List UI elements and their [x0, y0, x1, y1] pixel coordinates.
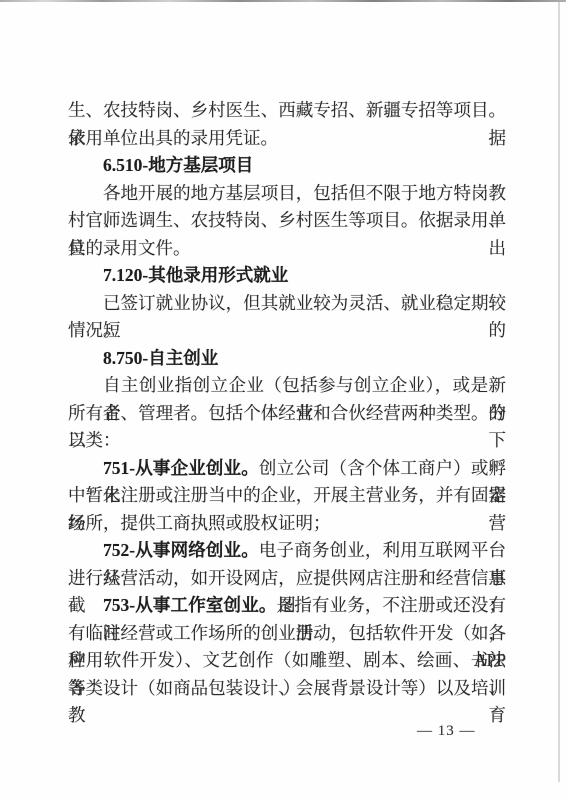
text-line: 有临时经营或工作场所的创业活动，包括软件开发（如各种 APP — [68, 620, 506, 648]
line-bold-prefix: 751-从事企业创业。 — [103, 458, 259, 478]
text-line: 已签订就业协议，但其就业较为灵活、就业稳定期较短的 — [68, 290, 506, 318]
heading-line: 6.510-地方基层项目 — [68, 152, 506, 180]
text-line: 753-从事工作室创业。是指有业务，不注册或还没有注册， — [68, 592, 506, 620]
text-line: 各类设计（如商品包装设计、会展背景设计等）以及培训教育 — [68, 675, 506, 703]
heading-line: 7.120-其他录用形式就业 — [68, 262, 506, 290]
text-line: 751-从事企业创业。创立公司（含个体工商户）或孵化器 — [68, 455, 506, 483]
page-number: — 13 — — [417, 723, 476, 740]
text-line: 中暂未注册或注册当中的企业，开展主营业务，并有固定经营 — [68, 482, 506, 510]
text-line: 生、农技特岗、乡村医生、西藏专招、新疆专招等项目。依据 — [68, 97, 506, 125]
scan-artifact-right-edge — [558, 2, 560, 782]
scan-artifact-top-edge — [0, 0, 566, 2]
text-block: 生、农技特岗、乡村医生、西藏专招、新疆专招等项目。依据录用单位出具的录用凭证。6… — [68, 97, 506, 702]
text-line: 进行经营活动，如开设网店，应提供网店注册和经营信息截图； — [68, 565, 506, 593]
line-bold-prefix: 752-从事网络创业。 — [103, 540, 259, 560]
text-line: 所有者、管理者。包括个体经营和合伙经营两种类型。分以下 — [68, 400, 506, 428]
text-line: 各地开展的地方基层项目，包括但不限于地方特岗教师、 — [68, 180, 506, 208]
text-line: 应用软件开发）、文艺创作（如雕塑、剧本、绘画、书法等）、 — [68, 647, 506, 675]
heading-line: 8.750-自主创业 — [68, 345, 506, 373]
line-bold-prefix: 753-从事工作室创业。 — [103, 595, 277, 615]
document-page: 生、农技特岗、乡村医生、西藏专招、新疆专招等项目。依据录用单位出具的录用凭证。6… — [0, 0, 566, 800]
text-line: 自主创业指创立企业（包括参与创立企业），或是新企业的 — [68, 372, 506, 400]
text-line: 村官、选调生、农技特岗、乡村医生等项目。依据录用单位出 — [68, 207, 506, 235]
text-line: 752-从事网络创业。电子商务创业，利用互联网平台从事 — [68, 537, 506, 565]
